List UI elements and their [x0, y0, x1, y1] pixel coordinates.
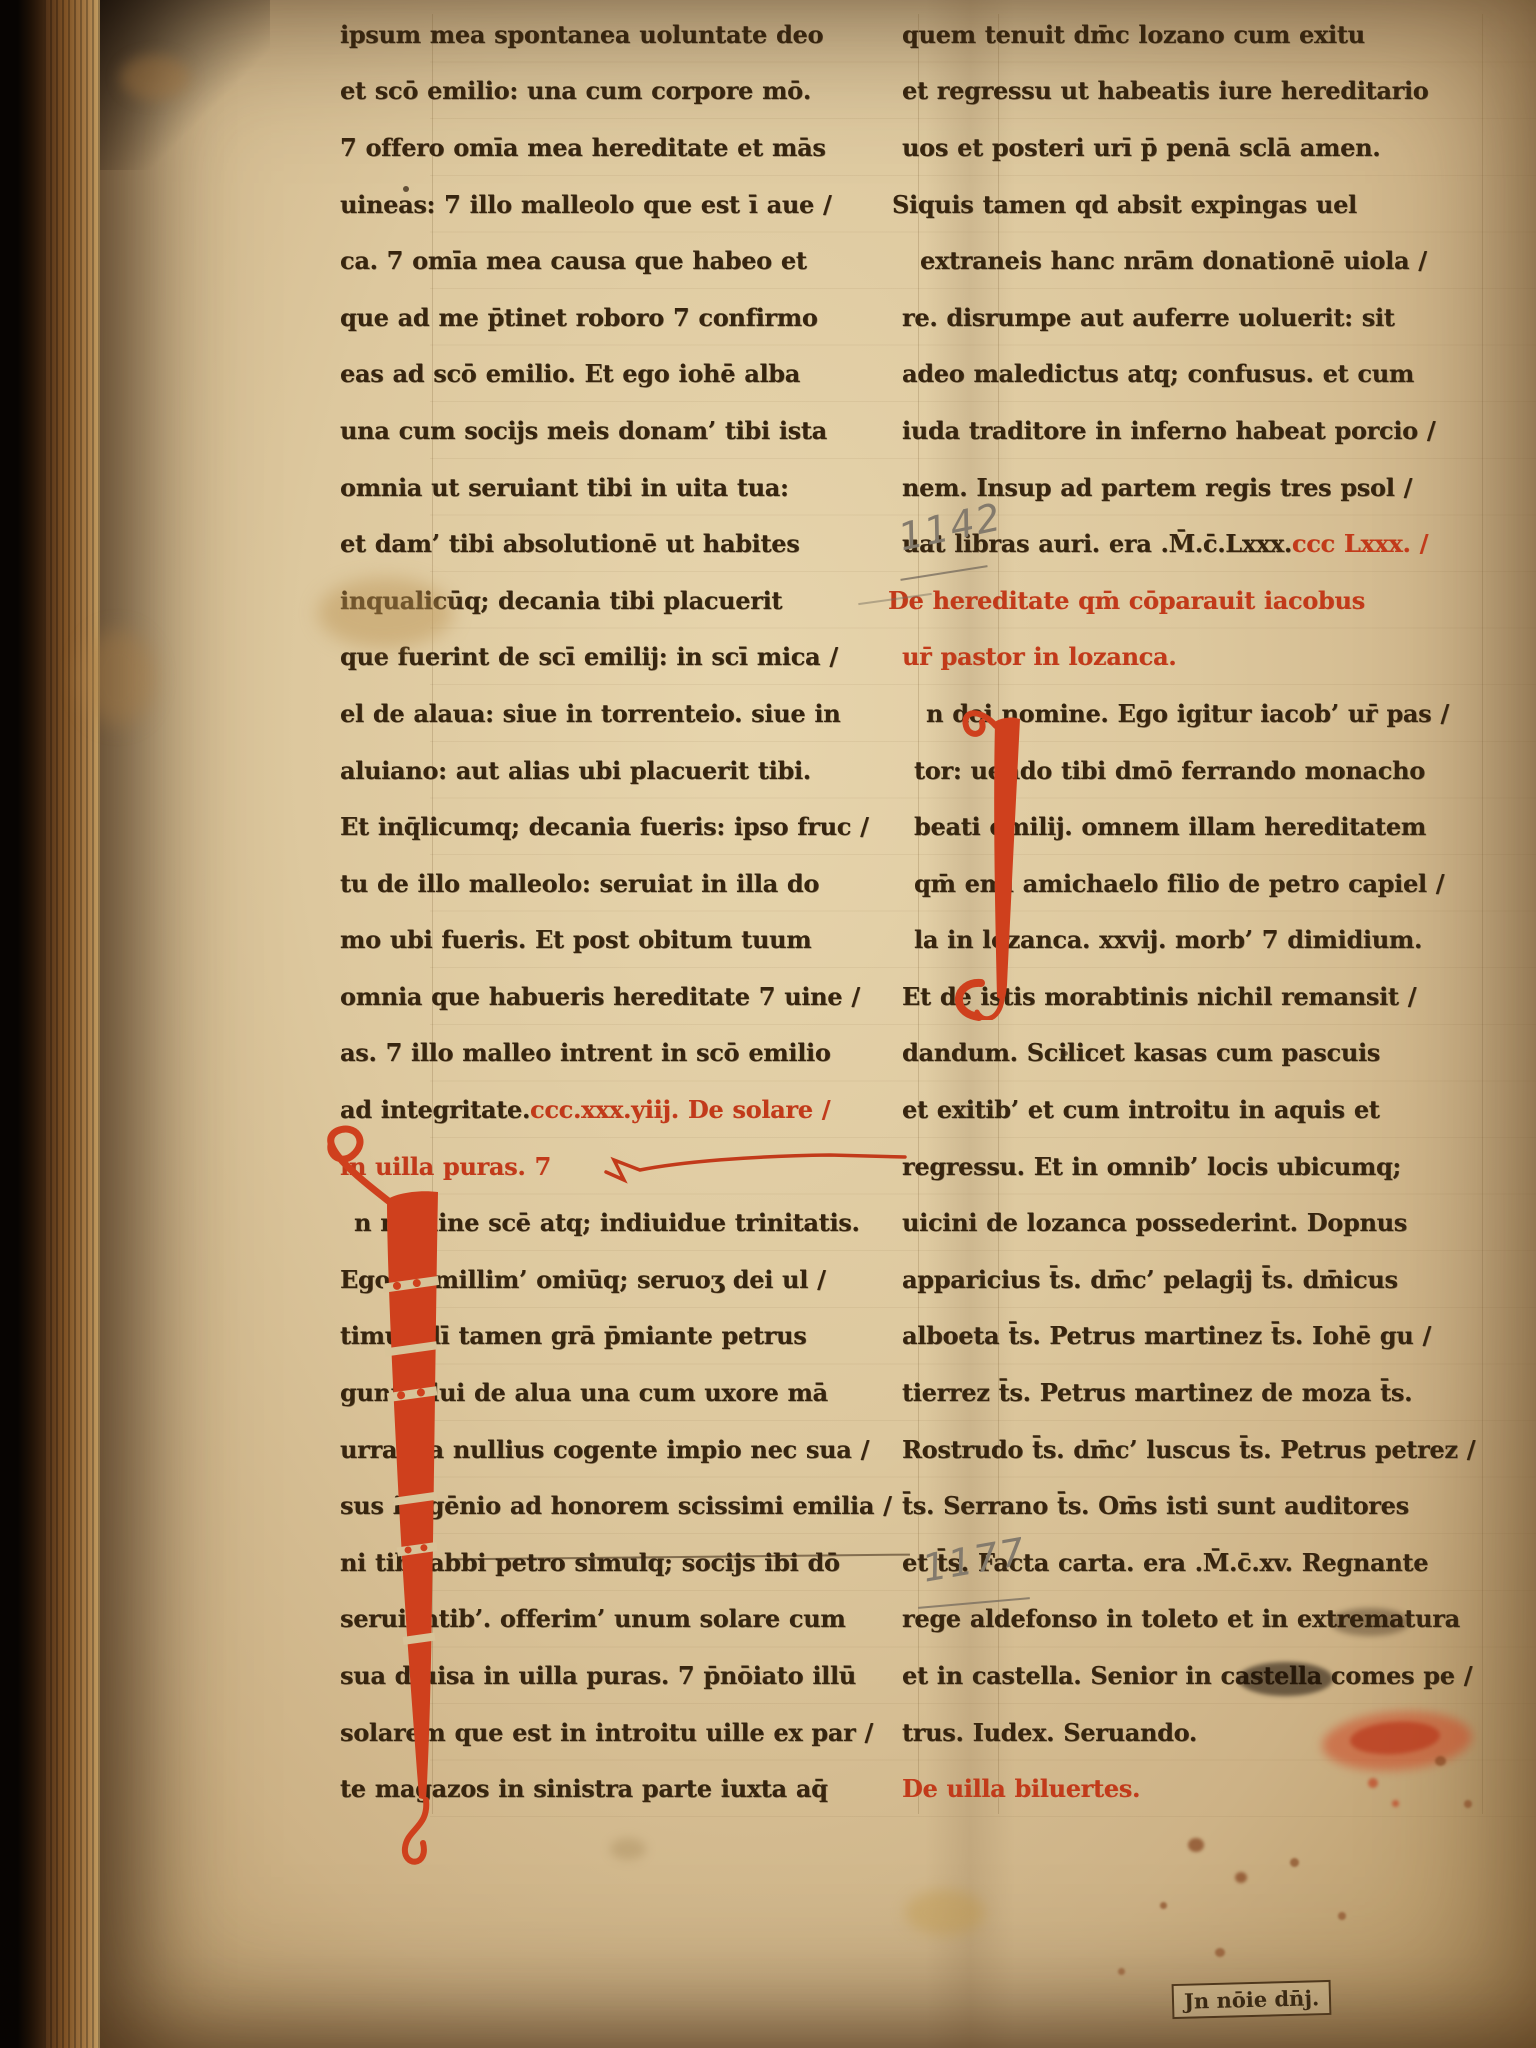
ink-text-segment: dandum. Scilicet kasas cum pascuis	[902, 1038, 1380, 1067]
ink-text-segment: una cum socijs meis donam’ tibi ista	[340, 416, 827, 445]
ink-text-segment: quem tenuit dm̄c lozano cum exitu	[902, 20, 1365, 49]
stain-spot	[905, 1890, 985, 1935]
ink-text-segment: Siquis tamen qd absit expingas uel	[892, 190, 1357, 219]
manuscript-line: una cum socijs meis donam’ tibi ista	[340, 402, 826, 459]
manuscript-line: omnia ut seruiant tibi in uita tua:	[340, 459, 826, 516]
manuscript-line: mo ubi fueris. Et post obitum tuum	[340, 912, 826, 969]
stain-spot	[610, 1838, 646, 1860]
rubric-text-segment: ur̄ pastor in lozanca.	[902, 642, 1176, 671]
manuscript-line: rege aldefonso in toleto et in extrematu…	[902, 1591, 1402, 1648]
rubric-text-segment: De hereditate qm̄ cōparauit iacobus	[888, 586, 1365, 615]
manuscript-line: dandum. Scilicet kasas cum pascuis	[902, 1025, 1402, 1082]
ink-text-segment: Et inq̄licumq; decania fueris: ipso fruc…	[340, 812, 869, 841]
stain-spot	[1464, 1800, 1472, 1808]
stain-spot	[120, 55, 190, 100]
ink-text-segment: uicini de lozanca possederint. Dopnus	[902, 1208, 1407, 1237]
stain-spot	[1235, 1872, 1247, 1883]
ink-text-segment: et exitib’ et cum introitu in aquis et	[902, 1095, 1380, 1124]
book-binding-edge	[0, 0, 44, 2048]
ruling-line	[1482, 14, 1483, 1814]
stain-spot	[1290, 1858, 1299, 1867]
ink-text-segment: el de alaua: siue in torrenteio. siue in	[340, 699, 840, 728]
ink-smudge	[1330, 1608, 1410, 1636]
ink-text-segment: que fuerint de scī emilij: in scī mica /	[340, 642, 838, 671]
ink-smudge	[1238, 1662, 1333, 1696]
ink-text-segment: que ad me p̄tinet roboro 7 confirmo	[340, 303, 818, 332]
rubric-text-segment: De uilla biluertes.	[902, 1774, 1140, 1803]
manuscript-line: adeo maledictus atq; confusus. et cum	[902, 346, 1402, 403]
decorated-initial-i-right	[950, 690, 1040, 1020]
rubric-drip	[1392, 1800, 1399, 1807]
manuscript-line: tu de illo malleolo: seruiat in illa do	[340, 855, 826, 912]
manuscript-line: Siquis tamen qd absit expingas uel	[892, 176, 1402, 233]
rubric-paragraph-mark	[943, 975, 993, 1025]
ink-fleck	[403, 186, 409, 192]
stain-spot	[318, 578, 453, 648]
ink-text-segment: as. 7 illo malleo intrent in scō emilio	[340, 1038, 831, 1067]
ink-text-segment: t̄s. Serrano t̄s. Om̄s isti sunt auditor…	[902, 1491, 1409, 1520]
inscription-box: Jn nōie dn̄j.	[1172, 1980, 1332, 2019]
manuscript-line: De hereditate qm̄ cōparauit iacobus	[888, 572, 1402, 629]
manuscript-line: ipsum mea spontanea uoluntate deo	[340, 6, 826, 63]
manuscript-line: et scō emilio: una cum corpore mō.	[340, 63, 826, 120]
inscription-text: Jn nōie dn̄j.	[1184, 1985, 1320, 2014]
stain-spot	[1215, 1948, 1225, 1957]
manuscript-line: regressu. Et in omnib’ locis ubicumq;	[902, 1138, 1402, 1195]
rubric-flourish-line	[600, 1140, 920, 1185]
ink-text-segment: ipsum mea spontanea uoluntate deo	[340, 20, 823, 49]
stain-spot	[80, 630, 155, 725]
manuscript-line: iuda traditore in inferno habeat porcio …	[902, 402, 1402, 459]
stain-spot	[1188, 1838, 1204, 1852]
ink-text-segment: aluiano: aut alias ubi placuerit tibi.	[340, 756, 811, 785]
manuscript-line: extraneis hanc nrām donationē uiola /	[920, 232, 1402, 289]
stain-spot	[1118, 1968, 1125, 1975]
manuscript-line: eas ad scō emilio. Et ego iohē alba	[340, 346, 826, 403]
manuscript-line: que ad me p̄tinet roboro 7 confirmo	[340, 289, 826, 346]
ink-text-segment: uineas: 7 illo malleolo que est ī aue /	[340, 190, 832, 219]
manuscript-line: uos et posteri urī p̄ penā sclā amen.	[902, 119, 1402, 176]
ink-text-segment: omnia ut seruiant tibi in uita tua:	[340, 473, 789, 502]
ink-text-segment: apparicius t̄s. dm̄c’ pelagij t̄s. dm̄ic…	[902, 1265, 1398, 1294]
stacked-folio-edges	[44, 0, 100, 2048]
stain-spot	[1160, 1902, 1167, 1909]
manuscript-line: alboeta t̄s. Petrus martinez t̄s. Iohē g…	[902, 1308, 1402, 1365]
manuscript-line: uicini de lozanca possederint. Dopnus	[902, 1194, 1402, 1251]
ink-text-segment: ca. 7 omīa mea causa que habeo et	[340, 246, 807, 275]
ink-text-segment: uos et posteri urī p̄ penā sclā amen.	[902, 133, 1380, 162]
stain-spot	[1338, 1912, 1346, 1920]
manuscript-line: t̄s. Serrano t̄s. Om̄s isti sunt auditor…	[902, 1477, 1402, 1534]
ink-text-segment: iuda traditore in inferno habeat porcio …	[902, 416, 1435, 445]
manuscript-line: uineas: 7 illo malleolo que est ī aue /	[340, 176, 826, 233]
ink-fleck	[1063, 1051, 1068, 1056]
ink-text-segment: regressu. Et in omnib’ locis ubicumq;	[902, 1152, 1401, 1181]
ink-text-segment: tu de illo malleolo: seruiat in illa do	[340, 869, 819, 898]
stain-spot	[1435, 1756, 1446, 1766]
rubric-text-segment: ccc.xxx.yiij. De solare /	[530, 1095, 830, 1124]
ink-text-segment: nem. Insup ad partem regis tres psol /	[902, 473, 1412, 502]
manuscript-line: as. 7 illo malleo intrent in scō emilio	[340, 1025, 826, 1082]
ink-text-segment: 7 offero omīa mea hereditate et mās	[340, 133, 826, 162]
ink-text-segment: alboeta t̄s. Petrus martinez t̄s. Iohē g…	[902, 1321, 1431, 1350]
ink-text-segment: omnia que habueris hereditate 7 uine /	[340, 982, 860, 1011]
ink-text-segment: eas ad scō emilio. Et ego iohē alba	[340, 359, 800, 388]
manuscript-line: el de alaua: siue in torrenteio. siue in	[340, 685, 826, 742]
ink-text-segment: extraneis hanc nrām donationē uiola /	[920, 246, 1427, 275]
ink-text-segment: re. disrumpe aut auferre uoluerit: sit	[902, 303, 1395, 332]
manuscript-line: omnia que habueris hereditate 7 uine /	[340, 968, 826, 1025]
manuscript-line: et regressu ut habeatis iure hereditario	[902, 63, 1402, 120]
ink-text-segment: et dam’ tibi absolutionē ut habites	[340, 529, 799, 558]
manuscript-line: Et inq̄licumq; decania fueris: ipso fruc…	[340, 798, 826, 855]
ink-text-segment: Rostrudo t̄s. dm̄c’ luscus t̄s. Petrus p…	[902, 1435, 1475, 1464]
manuscript-line: quem tenuit dm̄c lozano cum exitu	[902, 6, 1402, 63]
rubric-text-segment: ccc Lxxx. /	[1292, 529, 1428, 558]
manuscript-photo: ipsum mea spontanea uoluntate deoet scō …	[0, 0, 1536, 2048]
manuscript-line: re. disrumpe aut auferre uoluerit: sit	[902, 289, 1402, 346]
ink-text-segment: adeo maledictus atq; confusus. et cum	[902, 359, 1414, 388]
manuscript-line: ur̄ pastor in lozanca.	[902, 629, 1402, 686]
manuscript-line: apparicius t̄s. dm̄c’ pelagij t̄s. dm̄ic…	[902, 1251, 1402, 1308]
manuscript-line: tierrez t̄s. Petrus martinez de moza t̄s…	[902, 1364, 1402, 1421]
decorated-initial-i-left	[295, 1115, 505, 1865]
ink-text-segment: tierrez t̄s. Petrus martinez de moza t̄s…	[902, 1378, 1412, 1407]
manuscript-line: 7 offero omīa mea hereditate et mās	[340, 119, 826, 176]
ink-text-segment: et scō emilio: una cum corpore mō.	[340, 76, 811, 105]
manuscript-line: De uilla biluertes.	[902, 1760, 1402, 1817]
ink-text-segment: trus. Iudex. Seruando.	[902, 1718, 1197, 1747]
manuscript-line: Rostrudo t̄s. dm̄c’ luscus t̄s. Petrus p…	[902, 1421, 1402, 1478]
manuscript-line: aluiano: aut alias ubi placuerit tibi.	[340, 742, 826, 799]
ink-text-segment: et regressu ut habeatis iure hereditario	[902, 76, 1429, 105]
manuscript-line: et exitib’ et cum introitu in aquis et	[902, 1081, 1402, 1138]
rubric-drip	[1368, 1778, 1378, 1788]
ink-text-segment: et in castella. Senior in castella comes…	[902, 1661, 1472, 1690]
manuscript-line: ca. 7 omīa mea causa que habeo et	[340, 232, 826, 289]
ink-text-segment: mo ubi fueris. Et post obitum tuum	[340, 925, 811, 954]
manuscript-line: et dam’ tibi absolutionē ut habites	[340, 515, 826, 572]
